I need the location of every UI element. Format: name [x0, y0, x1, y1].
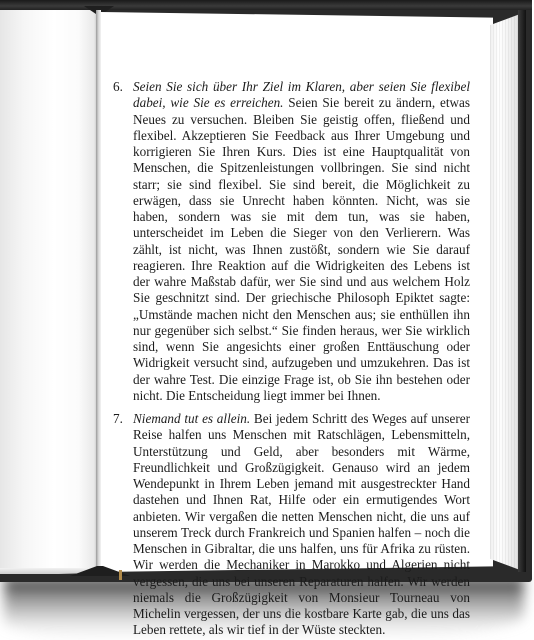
item-body: Bei jedem Schritt des Weges auf unserer … [133, 411, 470, 637]
item-number: 6. [113, 79, 123, 95]
item-lead-italic: Niemand tut es allein. [133, 411, 250, 426]
item-body: Seien Sie bereit zu ändern, etwas Neues … [133, 95, 470, 403]
list-item: 6. Seien Sie sich über Ihr Ziel im Klare… [113, 79, 470, 404]
page-text: 6. Seien Sie sich über Ihr Ziel im Klare… [113, 79, 470, 640]
book-scene: 6. Seien Sie sich über Ihr Ziel im Klare… [0, 0, 534, 640]
page-gutter [96, 10, 101, 574]
item-number: 7. [113, 411, 123, 427]
left-page [0, 10, 98, 572]
page-edges-stack [490, 14, 520, 570]
list-item: 7. Niemand tut es allein. Bei jedem Schr… [113, 411, 470, 639]
cover-right-edge [518, 10, 526, 572]
book-cover-top-edge [0, 0, 532, 10]
item-paragraph: Seien Sie sich über Ihr Ziel im Klaren, … [133, 79, 470, 404]
item-paragraph: Niemand tut es allein. Bei jedem Schritt… [133, 411, 470, 639]
